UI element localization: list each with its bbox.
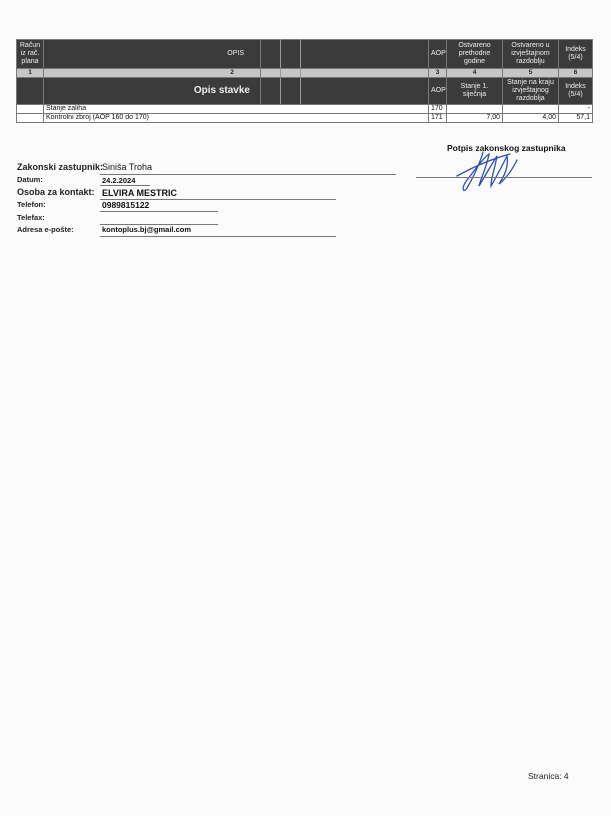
email-value: kontoplus.bj@gmail.com [102, 225, 191, 234]
subheader-pocetak: Stanje 1. siječnja [447, 78, 503, 105]
colnum-1: 1 [17, 69, 44, 78]
subheader-aop: AOP [429, 78, 447, 105]
zastupnik-value: Siniša Troha [102, 162, 152, 172]
row-aop: 171 [429, 114, 447, 123]
datum-label: Datum: [17, 175, 43, 184]
colnum-3: 3 [429, 69, 447, 78]
telefax-label: Telefax: [17, 213, 45, 222]
header-izvjestajnom: Ostvareno u izvještajnom razdoblju [503, 40, 559, 69]
column-number-row: 1 2 3 4 5 6 [17, 69, 593, 78]
datum-value: 24.2.2024 [102, 176, 135, 185]
row-opis: Stanje zaliha [44, 105, 429, 114]
zastupnik-label: Zakonski zastupnik: [17, 162, 103, 172]
zastupnik-line [100, 174, 396, 175]
row-aop: 170 [429, 105, 447, 114]
osoba-label: Osoba za kontakt: [17, 187, 95, 197]
signature-scribble-icon [455, 148, 535, 194]
telefon-value: 0989815122 [102, 200, 149, 210]
row-opis: Kontrolni zbroj (AOP 160 do 170) [44, 114, 429, 123]
colnum-4: 4 [447, 69, 503, 78]
colnum-5: 5 [503, 69, 559, 78]
header-row: Račun iz rač. plana OPIS AOP Ostvareno p… [17, 40, 593, 69]
datum-line [100, 185, 150, 186]
table-row: Stanje zaliha 170 - [17, 105, 593, 114]
colnum-2: 2 [44, 69, 261, 78]
subheader-indeks: Indeks (5/4) [559, 78, 593, 105]
email-line [100, 236, 336, 237]
table-row: Kontrolni zbroj (AOP 160 do 170) 171 7,0… [17, 114, 593, 123]
email-label: Adresa e-pošte: [17, 225, 74, 234]
header-prethodne: Ostvareno prethodne godine [447, 40, 503, 69]
page-number: Stranica: 4 [528, 771, 569, 781]
header-aop: AOP [429, 40, 447, 69]
financial-table: Račun iz rač. plana OPIS AOP Ostvareno p… [16, 39, 593, 123]
subheader-row: Opis stavke AOP Stanje 1. siječnja Stanj… [17, 78, 593, 105]
signature-line [416, 177, 592, 178]
subheader-opis: Opis stavke [44, 78, 261, 105]
subheader-kraj: Stanje na kraju izvještajnog razdoblja [503, 78, 559, 105]
header-racun: Račun iz rač. plana [17, 40, 44, 69]
osoba-value: ELVIRA MESTRIC [102, 188, 177, 198]
header-indeks: Indeks (5/4) [559, 40, 593, 69]
telefon-line [100, 211, 218, 212]
header-opis: OPIS [44, 40, 261, 69]
colnum-6: 6 [559, 69, 593, 78]
telefon-label: Telefon: [17, 200, 46, 209]
